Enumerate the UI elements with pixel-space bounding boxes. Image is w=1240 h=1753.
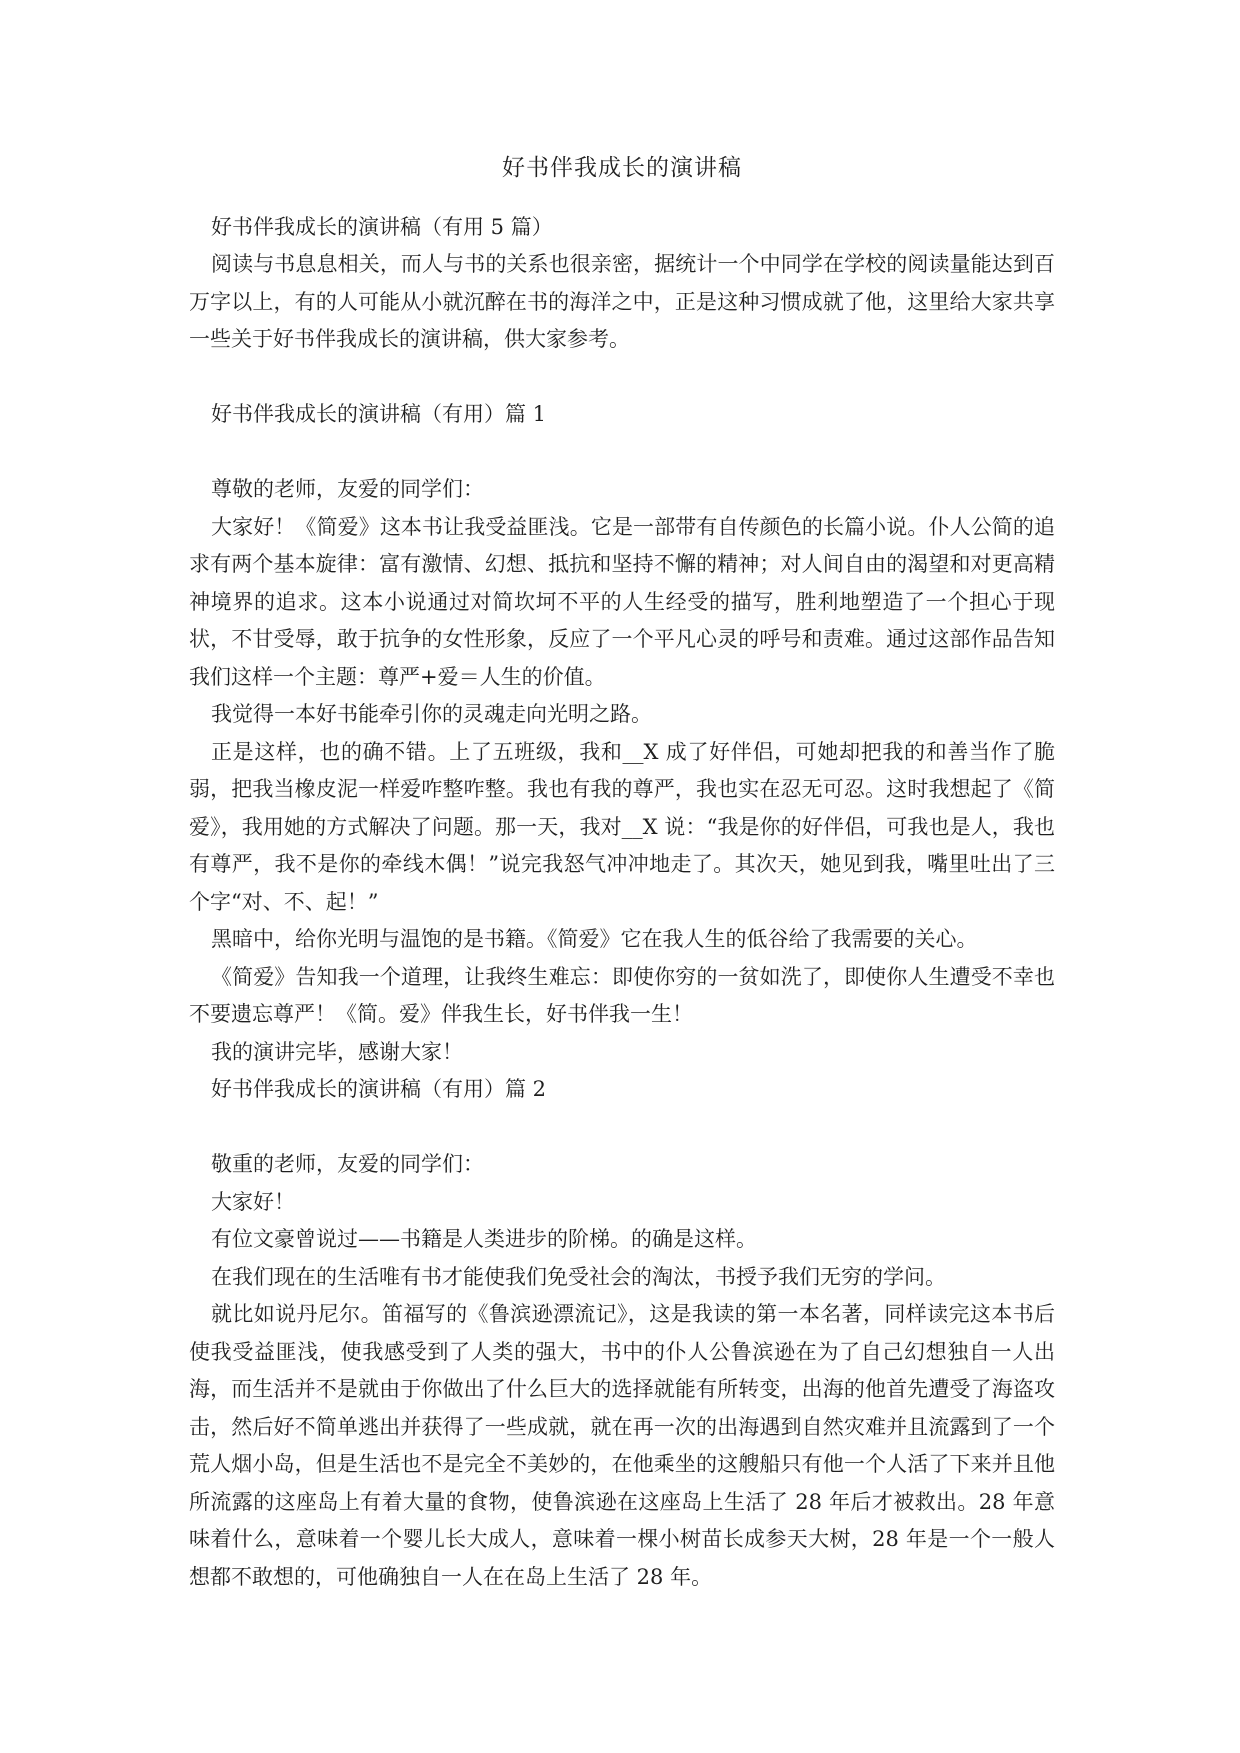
paragraph-intro: 阅读与书息息相关，而人与书的关系也很亲密，据统计一个中同学在学校的阅读量能达到百… — [189, 246, 1055, 359]
section-heading-part-1: 好书伴我成长的演讲稿（有用）篇 1 — [189, 396, 1055, 434]
paragraph: 就比如说丹尼尔。笛福写的《鲁滨逊漂流记》，这是我读的第一本名著，同样读完这本书后… — [189, 1296, 1055, 1596]
paragraph-salutation-2: 敬重的老师，友爱的同学们： — [189, 1146, 1055, 1184]
blank-line — [189, 359, 1055, 397]
blank-line — [189, 434, 1055, 472]
paragraph: 《简爱》告知我一个道理，让我终生难忘：即使你穷的一贫如洗了，即使你人生遭受不幸也… — [189, 959, 1055, 1034]
document-body: 好书伴我成长的演讲稿 好书伴我成长的演讲稿（有用 5 篇） 阅读与书息息相关，而… — [189, 150, 1055, 1596]
document-title: 好书伴我成长的演讲稿 — [189, 150, 1055, 188]
section-heading-part-2: 好书伴我成长的演讲稿（有用）篇 2 — [189, 1071, 1055, 1109]
paragraph: 黑暗中，给你光明与温饱的是书籍。《简爱》它在我人生的低谷给了我需要的关心。 — [189, 921, 1055, 959]
blank-line — [189, 1109, 1055, 1147]
document-page: 好书伴我成长的演讲稿 好书伴我成长的演讲稿（有用 5 篇） 阅读与书息息相关，而… — [0, 0, 1240, 1753]
paragraph: 大家好！ — [189, 1184, 1055, 1222]
paragraph: 大家好！《简爱》这本书让我受益匪浅。它是一部带有自传颜色的长篇小说。仆人公简的追… — [189, 509, 1055, 697]
paragraph-closing-1: 我的演讲完毕，感谢大家！ — [189, 1034, 1055, 1072]
section-heading-all: 好书伴我成长的演讲稿（有用 5 篇） — [189, 209, 1055, 247]
paragraph: 正是这样，也的确不错。上了五班级，我和__X 成了好伴侣，可她却把我的和善当作了… — [189, 734, 1055, 922]
paragraph: 有位文豪曾说过——书籍是人类进步的阶梯。的确是这样。 — [189, 1221, 1055, 1259]
paragraph: 在我们现在的生活唯有书才能使我们免受社会的淘汰，书授予我们无穷的学问。 — [189, 1259, 1055, 1297]
paragraph-salutation-1: 尊敬的老师，友爱的同学们： — [189, 471, 1055, 509]
paragraph: 我觉得一本好书能牵引你的灵魂走向光明之路。 — [189, 696, 1055, 734]
